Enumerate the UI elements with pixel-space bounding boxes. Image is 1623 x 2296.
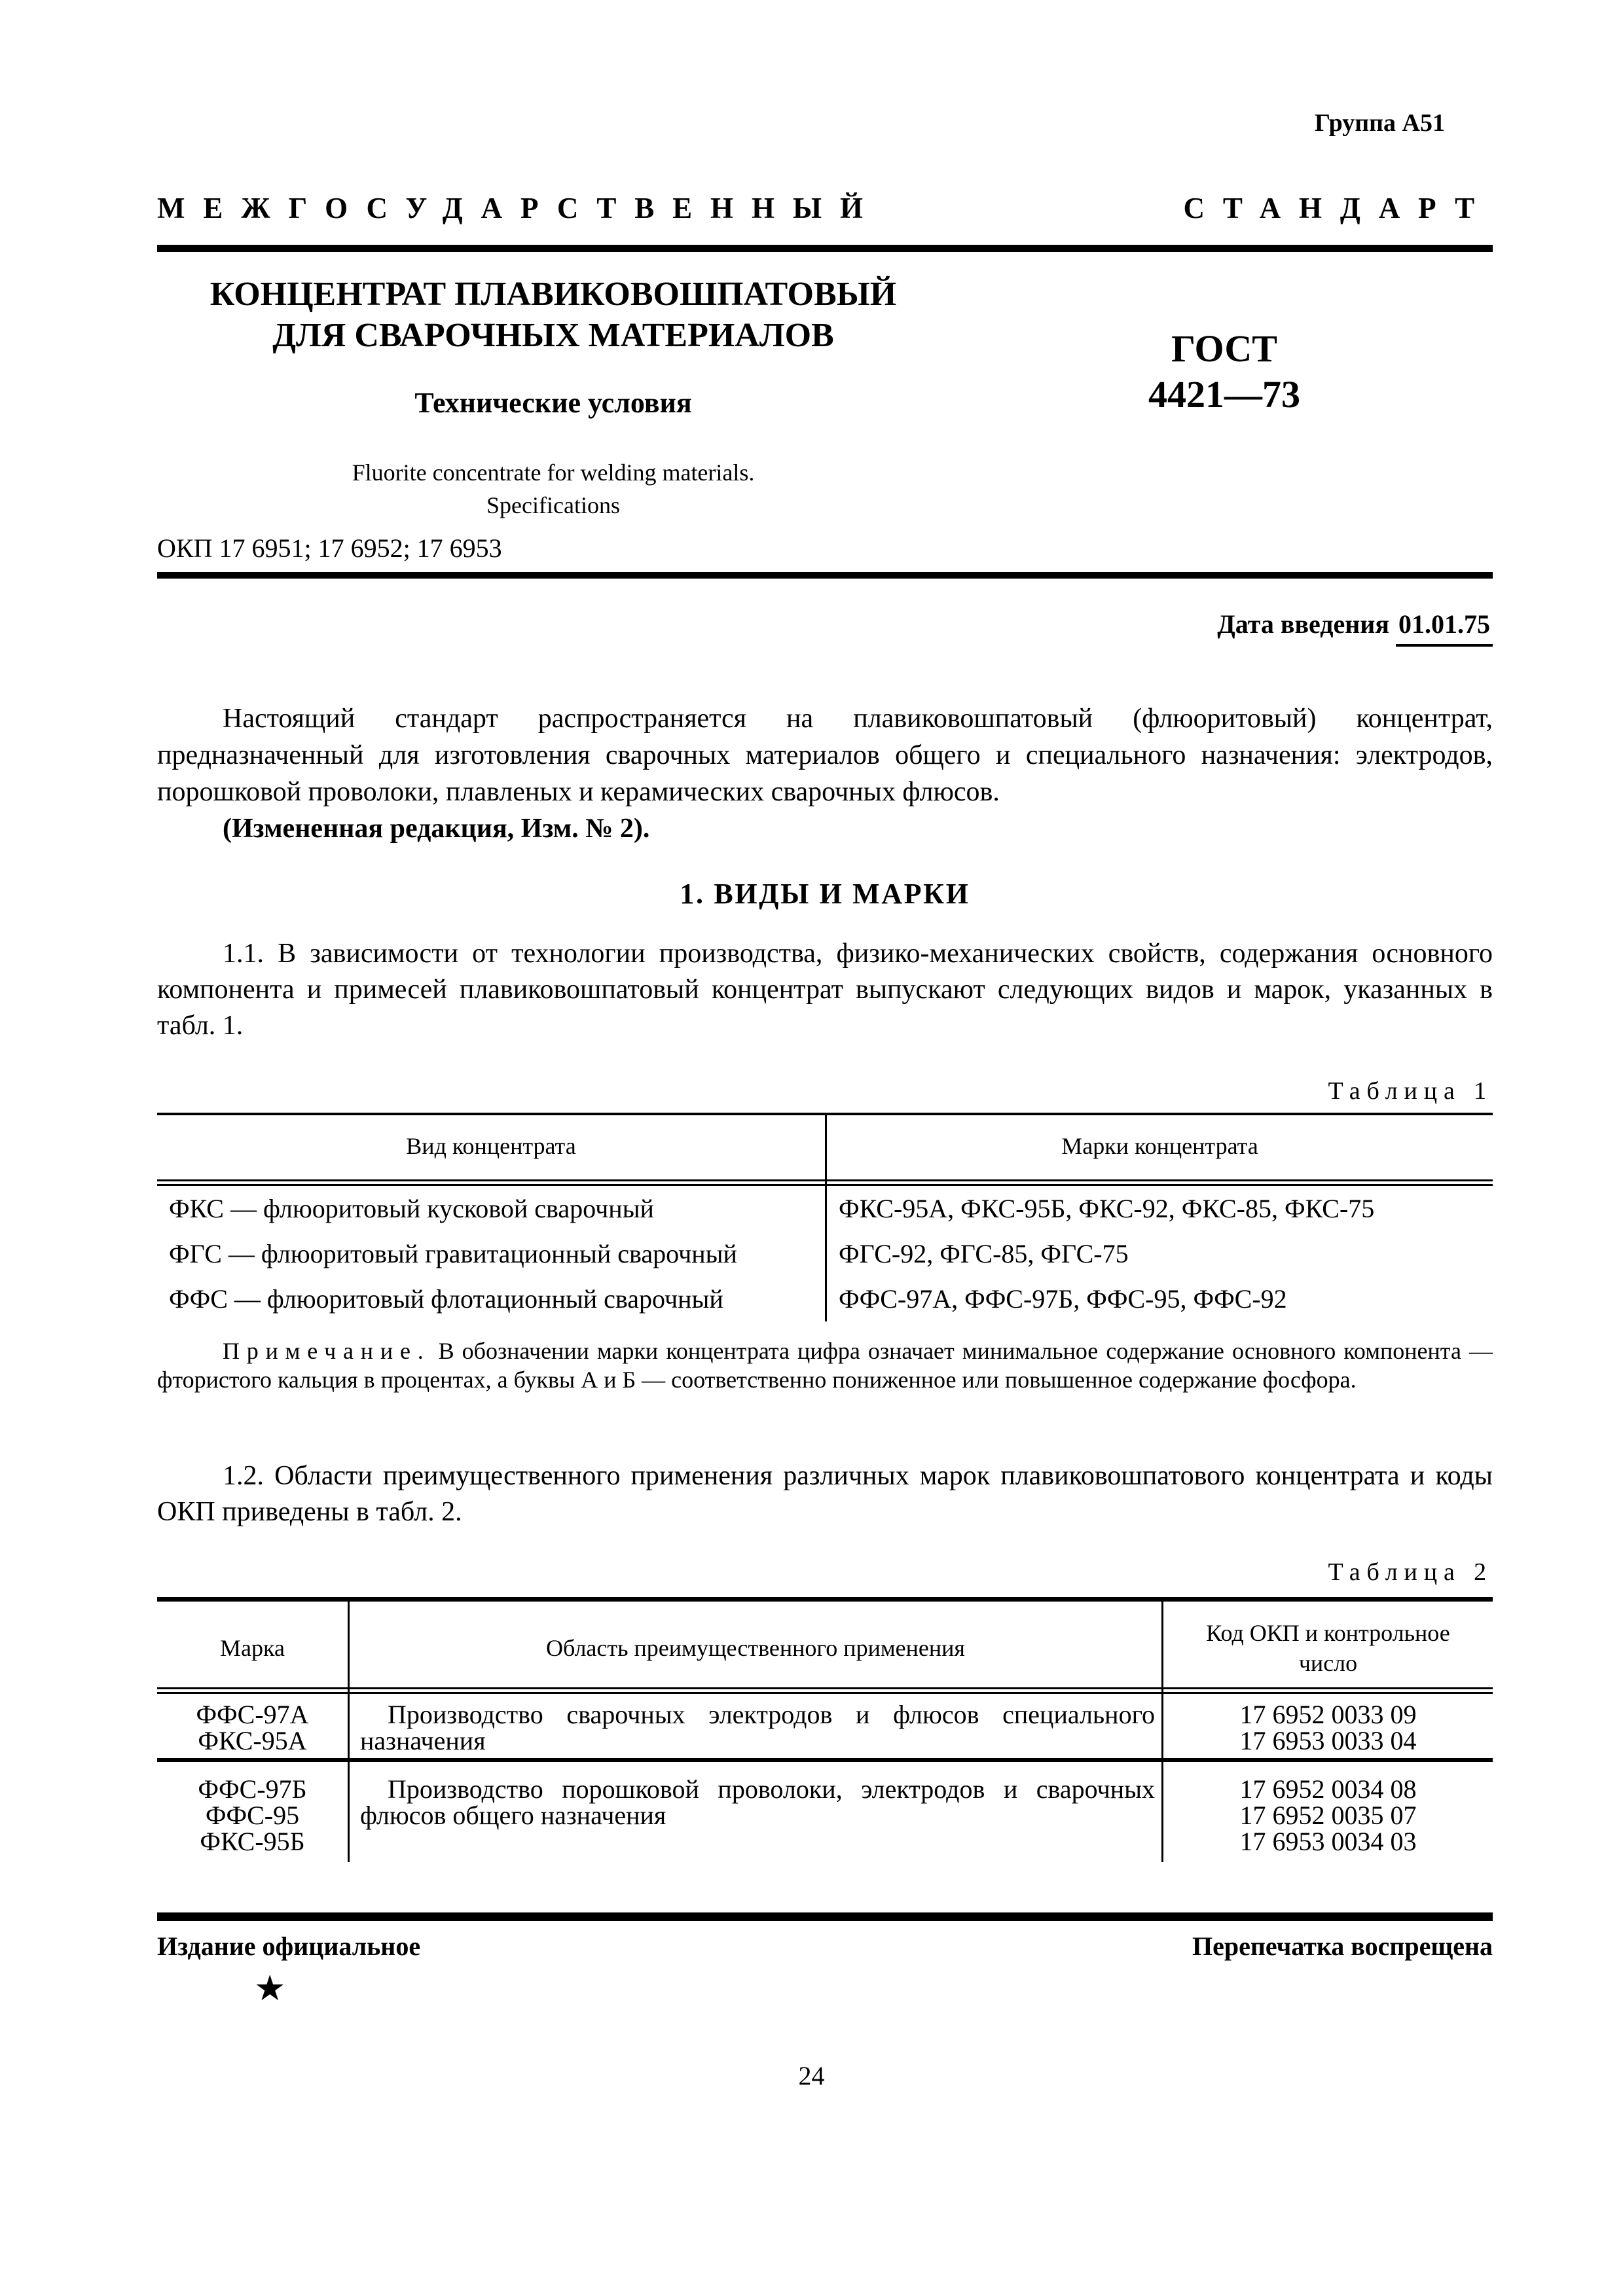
table-2-row-2-application: Производство порошковой проволоки, элект… — [350, 1762, 1161, 1829]
table-2: Марка ФФС-97А ФКС-95А ФФС-97Б ФФС-95 ФКС… — [157, 1597, 1493, 1862]
table-1-cell-marks: ФКС-95А, ФКС-95Б, ФКС-92, ФКС-85, ФКС-75 — [827, 1186, 1493, 1231]
table-2-columns: Марка ФФС-97А ФКС-95А ФФС-97Б ФФС-95 ФКС… — [157, 1597, 1493, 1862]
reprint-prohibited-label: Перепечатка воспрещена — [1192, 1931, 1493, 1962]
note-label: Примечание. — [223, 1338, 431, 1364]
table-2-header-mark: Марка — [157, 1597, 348, 1694]
okp-code-value: 17 6953 0033 04 — [1163, 1728, 1493, 1754]
table-2-label: Таблица 2 — [157, 1558, 1493, 1587]
banner-word-2: СТАНДАРТ — [1184, 191, 1493, 225]
mark-value: ФФС-97А — [157, 1702, 348, 1728]
okp-code-value: 17 6952 0035 07 — [1163, 1803, 1493, 1829]
application-value: Производство сварочных электродов и флюс… — [350, 1702, 1161, 1754]
section-1-heading: 1. ВИДЫ И МАРКИ — [157, 877, 1493, 910]
banner-word-1: МЕЖГОСУДАРСТВЕННЫЙ — [157, 191, 881, 225]
table-1-cell-marks: ФФС-97А, ФФС-97Б, ФФС-95, ФФС-92 — [827, 1276, 1493, 1321]
clause-1-1: 1.1. В зависимости от технологии произво… — [157, 936, 1493, 1044]
official-edition-label: Издание официальное — [157, 1931, 420, 1962]
table-1-cell-type: ФФС — флюоритовый флотационный сварочный — [157, 1276, 825, 1321]
effective-date-label: Дата введения — [1217, 609, 1389, 639]
table-1-column-type: Вид концентрата ФКС — флюоритовый кусков… — [157, 1113, 827, 1321]
table-1-top-rule — [157, 1113, 1493, 1115]
okp-code-value: 17 6952 0033 09 — [1163, 1702, 1493, 1728]
mark-value: ФКС-95Б — [157, 1829, 348, 1855]
title-block: КОНЦЕНТРАТ ПЛАВИКОВОШПАТОВЫЙ ДЛЯ СВАРОЧН… — [157, 274, 949, 522]
table-1-cell-type: ФКС — флюоритовый кусковой сварочный — [157, 1186, 825, 1231]
table-2-column-okp-code: Код ОКП и контрольное число 17 6952 0033… — [1163, 1597, 1493, 1862]
mark-value: ФКС-95А — [157, 1728, 348, 1754]
table-1-header-type: Вид концентрата — [157, 1113, 825, 1186]
table-2-row-1-codes: 17 6952 0033 09 17 6953 0033 04 — [1163, 1694, 1493, 1762]
table-2-row-1-marks: ФФС-97А ФКС-95А — [157, 1694, 348, 1762]
mark-value: ФФС-97Б — [157, 1776, 348, 1803]
clause-1-2: 1.2. Области преимущественного применени… — [157, 1458, 1493, 1530]
table-1-columns: Вид концентрата ФКС — флюоритовый кусков… — [157, 1113, 1493, 1321]
table-1: Вид концентрата ФКС — флюоритовый кусков… — [157, 1113, 1493, 1324]
doc-title: КОНЦЕНТРАТ ПЛАВИКОВОШПАТОВЫЙ ДЛЯ СВАРОЧН… — [157, 274, 949, 356]
table-2-column-application: Область преимущественного применения Про… — [350, 1597, 1163, 1862]
table-1-note: Примечание. В обозначении марки концентр… — [157, 1336, 1493, 1394]
doc-title-line-1: КОНЦЕНТРАТ ПЛАВИКОВОШПАТОВЫЙ — [157, 274, 949, 315]
doc-title-english: Fluorite concentrate for welding materia… — [157, 456, 949, 522]
okp-code-value: 17 6953 0034 03 — [1163, 1829, 1493, 1855]
intro-text: Настоящий стандарт распространяется на п… — [157, 704, 1493, 807]
mark-value: ФФС-95 — [157, 1803, 348, 1829]
page-number: 24 — [0, 2060, 1623, 2091]
intro-paragraph: Настоящий стандарт распространяется на п… — [157, 700, 1493, 847]
horizontal-rule-top — [157, 245, 1493, 252]
table-2-header-application: Область преимущественного применения — [350, 1597, 1161, 1694]
footer: Издание официальное Перепечатка воспреще… — [157, 1931, 1493, 1962]
table-1-label: Таблица 1 — [157, 1077, 1493, 1105]
amendment-note: (Измененная редакция, Изм. № 2). — [157, 810, 1493, 847]
table-2-row-divider-rule — [157, 1758, 1493, 1762]
application-value: Производство порошковой проволоки, элект… — [350, 1776, 1161, 1829]
table-2-row-2-codes: 17 6952 0034 08 17 6952 0035 07 17 6953 … — [1163, 1762, 1493, 1855]
table-2-row-2-marks: ФФС-97Б ФФС-95 ФКС-95Б — [157, 1762, 348, 1855]
doc-title-line-2: ДЛЯ СВАРОЧНЫХ МАТЕРИАЛОВ — [157, 315, 949, 356]
effective-date-value: 01.01.75 — [1396, 609, 1493, 647]
table-1-double-rule — [157, 1179, 1493, 1186]
table-2-column-mark: Марка ФФС-97А ФКС-95А ФФС-97Б ФФС-95 ФКС… — [157, 1597, 350, 1862]
doc-subtitle: Технические условия — [157, 386, 949, 420]
gost-label: ГОСТ — [1061, 326, 1388, 372]
table-1-column-marks: Марки концентрата ФКС-95А, ФКС-95Б, ФКС-… — [827, 1113, 1493, 1321]
standard-type-banner: МЕЖГОСУДАРСТВЕННЫЙ СТАНДАРТ — [157, 191, 1493, 225]
gost-number: 4421—73 — [1061, 372, 1388, 418]
table-1-header-marks: Марки концентрата — [827, 1113, 1493, 1186]
star-icon: ★ — [254, 1967, 285, 2009]
horizontal-rule-footer — [157, 1912, 1493, 1921]
table-1-cell-marks: ФГС-92, ФГС-85, ФГС-75 — [827, 1231, 1493, 1276]
horizontal-rule-okp — [157, 572, 1493, 579]
table-1-cell-type: ФГС — флюоритовый гравитационный сварочн… — [157, 1231, 825, 1276]
document-page: Группа А51 МЕЖГОСУДАРСТВЕННЫЙ СТАНДАРТ К… — [0, 0, 1623, 2296]
effective-date: Дата введения 01.01.75 — [157, 609, 1493, 639]
table-2-top-rule — [157, 1597, 1493, 1602]
table-2-double-rule — [157, 1687, 1493, 1694]
table-2-header-okp-code: Код ОКП и контрольное число — [1163, 1597, 1493, 1694]
group-label: Группа А51 — [1315, 109, 1445, 137]
okp-codes: ОКП 17 6951; 17 6952; 17 6953 — [157, 533, 502, 564]
doc-title-en-line-1: Fluorite concentrate for welding materia… — [157, 456, 949, 489]
gost-designation: ГОСТ 4421—73 — [1061, 326, 1388, 418]
table-2-row-1-application: Производство сварочных электродов и флюс… — [350, 1694, 1161, 1762]
doc-title-en-line-2: Specifications — [157, 489, 949, 522]
okp-code-value: 17 6952 0034 08 — [1163, 1776, 1493, 1803]
